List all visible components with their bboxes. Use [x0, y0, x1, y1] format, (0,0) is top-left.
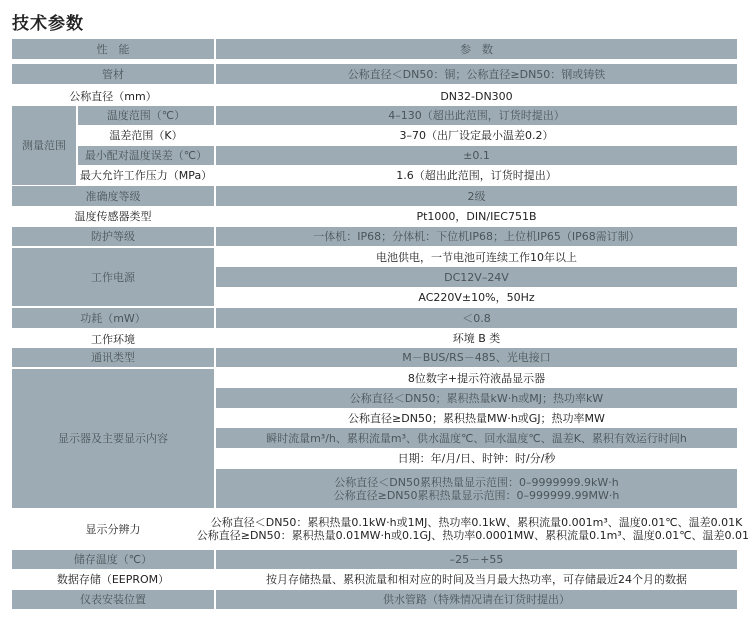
- page-title: 技术参数: [12, 9, 84, 34]
- label-power-supply: 工作电源: [12, 248, 214, 306]
- header-performance: 性 能: [12, 39, 214, 59]
- label-temp-diff-range: 温差范围（K）: [78, 125, 214, 145]
- label-comm-type: 通讯类型: [12, 348, 214, 367]
- header-parameters: 参 数: [216, 39, 737, 59]
- value-min-pair-error: ±0.1: [216, 146, 737, 165]
- resolution-small: 公称直径＜DN50：累积热量0.1kW·h或1MJ、热功率0.1kW、累积流量0…: [211, 516, 743, 529]
- value-environment: 环境 B 类: [216, 328, 737, 348]
- label-storage-temp: 储存温度（℃）: [12, 550, 214, 569]
- value-power-consumption: ＜0.8: [216, 308, 737, 328]
- value-nominal-diameter: DN32-DN300: [216, 86, 737, 106]
- label-measure-range-group: 测量范围: [12, 106, 76, 185]
- value-storage-temp: –25－+55: [216, 550, 737, 569]
- resolution-large: 公称直径≥DN50：累积热量0.01MW·h或0.1GJ、热功率0.0001MW…: [197, 529, 750, 542]
- value-temp-diff-range: 3–70（出厂设定最小温差0.2）: [216, 125, 737, 145]
- value-data-storage: 按月存储热量、累积流量和相对应的时间及当月最大热功率，可存储最近24个月的数据: [216, 569, 737, 589]
- label-temp-range: 温度范围（℃）: [78, 106, 214, 125]
- value-comm-type: M－BUS/RS－485、光电接口: [216, 348, 737, 367]
- value-accuracy: 2级: [216, 186, 737, 206]
- value-max-pressure: 1.6（超出此范围，订货时提出）: [216, 165, 737, 185]
- value-sensor-type: Pt1000，DIN/IEC751B: [216, 206, 737, 226]
- label-protection: 防护等级: [12, 227, 214, 246]
- value-protection: 一体机：IP68；分体机：下位机IP68；上位机IP65（IP68需订制）: [216, 227, 737, 246]
- label-max-pressure: 最大允许工作压力（MPa）: [78, 165, 214, 185]
- label-environment: 工作环境: [12, 330, 214, 348]
- value-display-datetime: 日期：年/月/日、时钟：时/分/秒: [216, 448, 737, 468]
- label-install-position: 仪表安装位置: [12, 590, 214, 609]
- value-display-lcd: 8位数字+提示符液晶显示器: [216, 368, 737, 388]
- value-display-range: 公称直径＜DN50累积热量显示范围：0–9999999.9kW·h 公称直径≥D…: [216, 469, 737, 508]
- label-power-consumption: 功耗（mW）: [12, 308, 214, 328]
- display-range-large: 公称直径≥DN50累积热量显示范围：0–999999.99MW·h: [334, 489, 620, 502]
- label-min-pair-error: 最小配对温度误差（℃）: [78, 146, 214, 165]
- label-nominal-diameter: 公称直径（mm）: [12, 86, 214, 106]
- label-pipe-material: 管材: [12, 64, 214, 84]
- value-temp-range: 4–130（超出此范围，订货时提出）: [216, 106, 737, 125]
- value-pipe-material: 公称直径＜DN50：铜；公称直径≥DN50：钢或铸铁: [216, 64, 737, 84]
- value-resolution: 公称直径＜DN50：累积热量0.1kW·h或1MJ、热功率0.1kW、累积流量0…: [216, 510, 737, 548]
- value-power-battery: 电池供电，一节电池可连续工作10年以上: [216, 247, 737, 267]
- label-accuracy: 准确度等级: [12, 186, 214, 206]
- value-power-dc: DC12V–24V: [216, 267, 737, 287]
- label-data-storage: 数据存储（EEPROM）: [12, 569, 214, 589]
- label-display: 显示器及主要显示内容: [12, 369, 214, 508]
- value-display-small-dn: 公称直径＜DN50；累积热量kW·h或MJ；热功率kW: [216, 388, 737, 408]
- value-install-position: 供水管路（特殊情况请在订货时提出）: [216, 590, 737, 609]
- value-power-ac: AC220V±10%，50Hz: [216, 287, 737, 307]
- label-resolution: 显示分辨力: [12, 510, 214, 548]
- display-range-small: 公称直径＜DN50累积热量显示范围：0–9999999.9kW·h: [334, 476, 618, 489]
- label-sensor-type: 温度传感器类型: [12, 206, 214, 226]
- value-display-items: 瞬时流量m³/h、累积流量m³、供水温度℃、回水温度℃、温差K、累积有效运行时间…: [216, 428, 737, 448]
- value-display-large-dn: 公称直径≥DN50；累积热量MW·h或GJ；热功率MW: [216, 408, 737, 428]
